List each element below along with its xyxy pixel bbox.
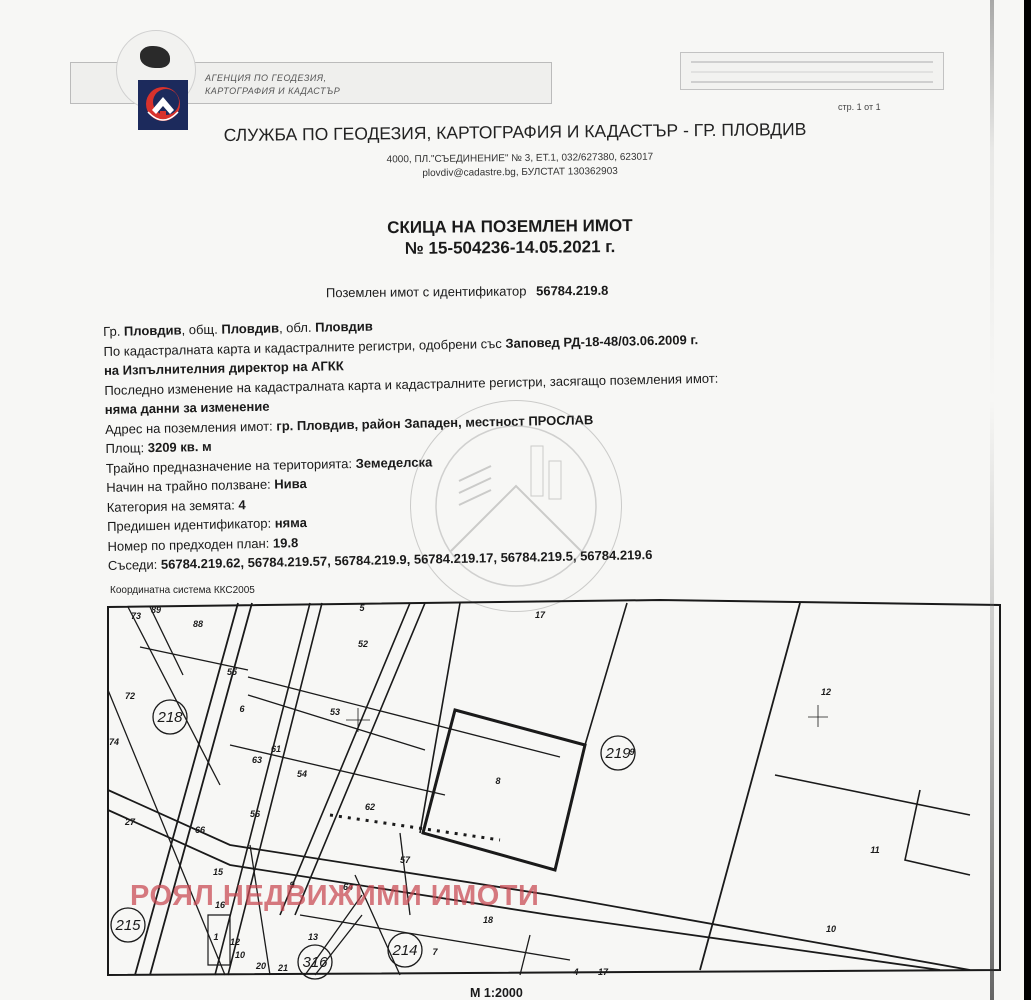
- parcel-label: 21: [277, 963, 288, 973]
- parcel-label: 15: [213, 867, 224, 877]
- region: Пловдив: [315, 319, 373, 335]
- office-title: СЛУЖБА ПО ГЕОДЕЗИЯ, КАРТОГРАФИЯ И КАДАСТ…: [180, 118, 850, 146]
- parcel-label: 13: [308, 932, 318, 942]
- parcel-label: 11: [870, 845, 879, 855]
- approval-authority: на Изпълнителния директор на АГКК: [104, 358, 344, 378]
- city-prefix: Гр.: [103, 324, 120, 339]
- bulgaria-map-icon: [140, 46, 170, 68]
- parcel-label: 17: [535, 610, 546, 620]
- city: Пловдив: [124, 322, 182, 338]
- neighbors-label: Съседи:: [108, 557, 158, 573]
- parcel-label: 7: [432, 947, 438, 957]
- parcel-label: 53: [330, 707, 340, 717]
- parcel-label: 10: [826, 924, 836, 934]
- parcel-label: 20: [255, 961, 266, 971]
- agency-name-line1: АГЕНЦИЯ ПО ГЕОДЕЗИЯ,: [205, 72, 340, 85]
- identifier-line: Поземлен имот с идентификатор 56784.219.…: [326, 283, 608, 300]
- area-label: Площ:: [105, 440, 144, 456]
- parcel-label: 73: [131, 611, 141, 621]
- region-prefix: , обл.: [279, 320, 312, 336]
- area-value: 3209 кв. м: [148, 439, 212, 455]
- block-number: 215: [114, 917, 141, 934]
- prev-plan-value: 19.8: [273, 535, 299, 551]
- block-number: 214: [391, 942, 417, 959]
- parcel-label: 62: [365, 802, 375, 812]
- purpose-value: Земеделска: [356, 454, 433, 471]
- parcel-label: 9: [629, 747, 634, 757]
- property-details: Гр. Пловдив, общ. Пловдив, обл. Пловдив …: [103, 306, 908, 576]
- block-number: 316: [302, 954, 328, 971]
- parcel-label: 1: [213, 932, 218, 942]
- scan-edge: [1024, 0, 1031, 1000]
- cadastral-sketch-page: АГЕНЦИЯ ПО ГЕОДЕЗИЯ, КАРТОГРАФИЯ И КАДАС…: [0, 0, 1024, 1000]
- approval-order: Заповед РД-18-48/03.06.2009 г.: [505, 332, 698, 351]
- page-indicator: стр. 1 от 1: [838, 102, 881, 112]
- parcel-label: 27: [124, 817, 136, 827]
- municipality: Пловдив: [221, 320, 279, 336]
- parcel-label: 12: [230, 937, 240, 947]
- parcel-label: 72: [125, 691, 135, 701]
- parcel-label: 4: [572, 967, 578, 977]
- usage-value: Нива: [274, 476, 307, 492]
- prev-id-value: няма: [275, 515, 307, 531]
- parcel-label: 63: [252, 755, 262, 765]
- parcel-label: 61: [271, 744, 281, 754]
- header-stamp-box: [680, 52, 944, 90]
- agency-name-line2: КАРТОГРАФИЯ И КАДАСТЪР: [205, 85, 340, 98]
- document-number: № 15-504236-14.05.2021 г.: [320, 235, 700, 259]
- watermark-text: РОЯЛ НЕДВИЖИМИ ИМОТИ: [130, 880, 539, 913]
- identifier-value: 56784.219.8: [536, 283, 608, 299]
- parcel-label: 52: [358, 639, 368, 649]
- map-scale: М 1:2000: [470, 986, 523, 1000]
- parcel-label: 66: [195, 825, 206, 835]
- municipality-prefix: , общ.: [181, 322, 218, 338]
- parcel-label: 89: [151, 605, 161, 615]
- parcel-label: 56: [250, 809, 261, 819]
- usage-label: Начин на трайно ползване:: [106, 477, 271, 495]
- office-address-block: 4000, ПЛ."СЪЕДИНЕНИЕ" № 3, ЕТ.1, 032/627…: [300, 150, 740, 183]
- parcel-label: 10: [235, 950, 245, 960]
- parcel-label: 12: [821, 687, 831, 697]
- prev-id-label: Предишен идентификатор:: [107, 516, 271, 534]
- document-title-block: СКИЦА НА ПОЗЕМЛЕН ИМОТ № 15-504236-14.05…: [320, 214, 700, 259]
- last-change-value: няма данни за изменение: [105, 399, 270, 417]
- parcel-label: 17: [598, 967, 609, 977]
- parcel-label: 18: [483, 915, 493, 925]
- parcel-label: 74: [109, 737, 119, 747]
- cadastral-map: 218219215214316 738988552557265374616354…: [100, 595, 1010, 987]
- parcel-label: 8: [495, 776, 500, 786]
- parcel-label: 57: [400, 855, 411, 865]
- identifier-label: Поземлен имот с идентификатор: [326, 283, 527, 300]
- parcel-label: 54: [297, 769, 307, 779]
- royal-real-estate-logo-icon: [138, 80, 188, 130]
- block-number: 218: [156, 709, 183, 726]
- category-label: Категория на земята:: [107, 497, 235, 515]
- parcel-label: 6: [239, 704, 245, 714]
- agency-name: АГЕНЦИЯ ПО ГЕОДЕЗИЯ, КАРТОГРАФИЯ И КАДАС…: [205, 72, 340, 98]
- address-label: Адрес на поземления имот:: [105, 418, 273, 436]
- scan-shadow: [990, 0, 994, 1000]
- purpose-label: Трайно предназначение на територията:: [106, 456, 352, 476]
- category-value: 4: [238, 497, 246, 512]
- parcel-label: 88: [193, 619, 203, 629]
- prev-plan-label: Номер по предходен план:: [107, 535, 269, 553]
- parcel-label: 55: [227, 667, 238, 677]
- address-value: гр. Пловдив, район Западен, местност ПРО…: [276, 412, 593, 433]
- block-number: 219: [604, 745, 631, 762]
